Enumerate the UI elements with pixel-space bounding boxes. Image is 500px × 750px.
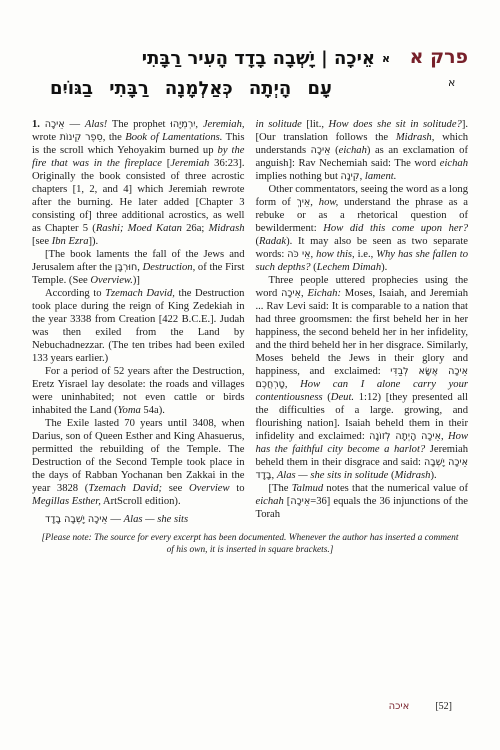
text-run: Lechem Dimah	[317, 262, 381, 273]
text-run: Overview	[189, 483, 230, 494]
hebrew-text: אֵיכָה	[281, 288, 301, 299]
paragraph: Three people uttered prophecies using th…	[256, 274, 469, 482]
paragraph: [The book laments the fall of the Jews a…	[32, 248, 245, 287]
text-run: i.e.,	[355, 249, 376, 260]
text-run: Moses, Isaiah, and Jeremiah ... Rav Levi…	[256, 288, 469, 377]
text-run: see	[162, 483, 189, 494]
hebrew-text: חוּרְבָּן	[115, 262, 137, 273]
text-run: ArtScroll edition).	[101, 496, 181, 507]
hebrew-text: אֵיכָה	[290, 496, 310, 507]
hebrew-text: יִרְמְיָהוּ	[170, 119, 195, 130]
hebrew-verse: אאֵיכָה | יָשְׁבָה בָדָד הָעִיר רַבָּתִי…	[50, 44, 390, 104]
text-run: ).	[381, 262, 387, 273]
text-run: [lit.,	[302, 119, 329, 130]
text-run: Jeremiah,	[203, 119, 245, 130]
text-run: —	[65, 119, 85, 130]
left-column: 1. אֵיכָה — Alas! The prophet יִרְמְיָהו…	[32, 118, 245, 526]
text-run: )]	[133, 275, 140, 286]
text-run: According to	[45, 288, 105, 299]
hebrew-text: קִינָה	[341, 171, 360, 182]
hebrew-text: אֵיכָה	[311, 145, 331, 156]
paragraph: The Exile lasted 70 years until 3408, wh…	[32, 417, 245, 508]
text-run: eichah	[339, 145, 367, 156]
text-run: how this,	[316, 249, 355, 260]
text-run: to	[230, 483, 245, 494]
text-run: Overview.	[90, 275, 132, 286]
chapter-block: פרק א א	[390, 44, 468, 96]
text-run: Alas!	[85, 119, 107, 130]
text-run: lament.	[365, 171, 396, 182]
text-run: ,	[285, 379, 300, 390]
text-run: Ibn Ezra	[52, 236, 89, 247]
verse-text-line1: אֵיכָה | יָשְׁבָה בָדָד הָעִיר רַבָּתִי	[142, 48, 375, 69]
hebrew-text: סֵפֶר קִינוֹת	[60, 132, 103, 143]
text-run: Midrash	[395, 470, 431, 481]
text-run: ,	[195, 119, 202, 130]
page-number: [52]	[435, 701, 452, 712]
text-run: 26a;	[182, 223, 209, 234]
chapter-title: פרק א	[390, 44, 468, 70]
text-run: eichah	[256, 496, 284, 507]
text-run: Deut.	[331, 392, 354, 403]
hebrew-text: אֵיכָה הָיְתָה לְזוֹנָה	[369, 431, 441, 442]
text-run: Destruction,	[143, 262, 196, 273]
text-run: [see	[32, 236, 52, 247]
text-run: —	[108, 514, 124, 525]
text-run: Midrash	[209, 223, 245, 234]
text-run: , the	[103, 132, 125, 143]
paragraph: For a period of 52 years after the Destr…	[32, 365, 245, 417]
chapter-verse-marker: א	[390, 70, 468, 96]
text-run: [The	[269, 483, 292, 494]
text-run: ,	[441, 431, 448, 442]
text-run: How does she sit in solitude?	[329, 119, 462, 130]
text-run: 54a).	[141, 405, 165, 416]
text-run: ).	[430, 470, 436, 481]
text-run: eichah	[440, 158, 468, 169]
paragraph: According to Tzemach David, the Destruct…	[32, 287, 245, 365]
text-run: Radak	[259, 236, 286, 247]
text-run: Jeremiah	[170, 158, 209, 169]
text-run: Rashi; Moed Katan	[96, 223, 182, 234]
text-run: Tzemach David;	[88, 483, 162, 494]
hebrew-text: אֵי כֹּה	[287, 249, 310, 260]
commentary-columns: 1. אֵיכָה — Alas! The prophet יִרְמְיָהו…	[32, 118, 468, 526]
text-run: 1.	[32, 119, 45, 130]
text-run: Alas — she sits	[124, 514, 188, 525]
verse-line-1: אאֵיכָה | יָשְׁבָה בָדָד הָעִיר רַבָּתִי	[50, 44, 390, 74]
text-run: Talmud	[292, 483, 323, 494]
book-page: פרק א א אאֵיכָה | יָשְׁבָה בָדָד הָעִיר …	[0, 0, 500, 750]
page-footer: איכה [52]	[32, 701, 468, 712]
hebrew-text: אֵיכָה יָשְׁבָה בָדָד	[45, 514, 108, 525]
text-run: how,	[319, 197, 339, 208]
paragraph: 1. אֵיכָה — Alas! The prophet יִרְמְיָהו…	[32, 118, 245, 248]
text-run: Yoma	[118, 405, 141, 416]
text-run: wrote	[32, 132, 60, 143]
text-run: Megillas Esther,	[32, 496, 101, 507]
right-column: in solitude [lit., How does she sit in s…	[256, 118, 469, 526]
verse-number: א	[382, 52, 390, 65]
text-run: Book of Lamentations.	[125, 132, 222, 143]
text-run: the Destruction took place during the re…	[32, 288, 245, 364]
paragraph: in solitude [lit., How does she sit in s…	[256, 118, 469, 183]
hebrew-text: אֵיכָה	[45, 119, 65, 130]
text-run: Eichah:	[307, 288, 341, 299]
text-run: The prophet	[107, 119, 170, 130]
text-run: (	[323, 392, 331, 403]
text-run: in solitude	[256, 119, 302, 130]
text-run: notes that the numerical value of	[323, 483, 468, 494]
verse-line-2: עָם הָיְתָה כְּאַלְמָנָה רַבָּתִי בַגּוֹ…	[50, 74, 390, 104]
footnote: [Please note: The source for every excer…	[32, 533, 468, 556]
text-run: Midrash,	[396, 132, 435, 143]
text-run: ,	[310, 197, 318, 208]
paragraph: Other commentators, seeing the word as a…	[256, 183, 469, 274]
hebrew-text: אֵיךְ	[297, 197, 311, 208]
paragraph: אֵיכָה יָשְׁבָה בָדָד — Alas — she sits	[32, 513, 245, 526]
text-run: How did this come upon her?	[323, 223, 468, 234]
text-run: Alas — she sits in solitude	[277, 470, 389, 481]
text-run: (	[331, 145, 339, 156]
text-run: implies nothing but	[256, 171, 341, 182]
paragraph: [The Talmud notes that the numerical val…	[256, 482, 469, 521]
verse-header: פרק א א אאֵיכָה | יָשְׁבָה בָדָד הָעִיר …	[32, 44, 468, 104]
text-run: ]).	[89, 236, 99, 247]
book-name: איכה	[389, 701, 410, 712]
text-run: Tzemach David,	[105, 288, 175, 299]
